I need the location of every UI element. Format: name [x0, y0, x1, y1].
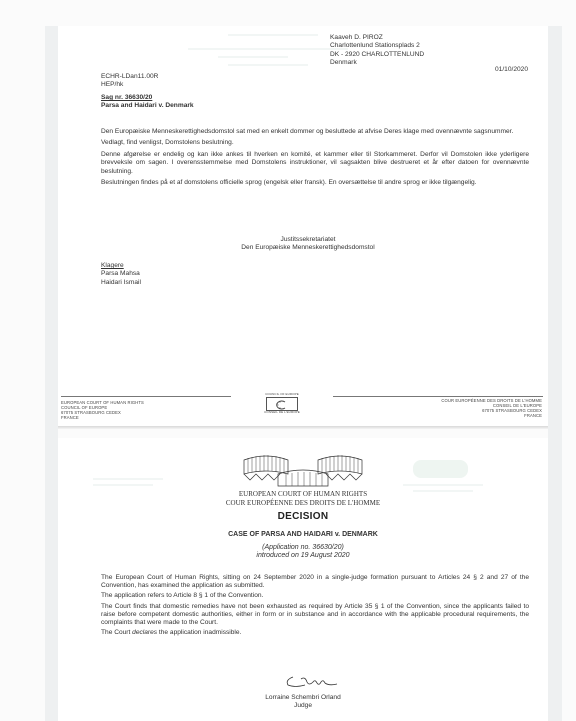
reference-block: ECHR-LDan11.00R HEP/hk: [101, 73, 251, 90]
footer-line: FRANCE: [61, 415, 231, 420]
recipient-name: Kaaveh D. PIROZ: [330, 34, 530, 42]
registry-line1: Justitssekretariatet: [158, 236, 458, 244]
recipient-street: Charlottenlund Stationsplads 2: [330, 42, 530, 50]
right-margin-strip: [548, 26, 562, 721]
bleed-through-mark: [413, 460, 468, 478]
case-header: Sag nr. 36630/20 Parsa and Haidari v. De…: [101, 94, 351, 111]
footer-left-address: EUROPEAN COURT OF HUMAN RIGHTS COUNCIL O…: [61, 400, 231, 420]
declaration-verb: declares: [132, 629, 157, 636]
logo-bottom-text: CONSEIL DE L'EUROPE: [258, 411, 306, 414]
footer-right-address: COUR EUROPÉENNE DES DROITS DE L'HOMME CO…: [348, 398, 542, 418]
judge-block: Lorraine Schembri Orland Judge: [203, 694, 403, 711]
registry-line2: Den Europæiske Menneskerettighedsdomstol: [158, 244, 458, 252]
case-title: Parsa and Haidari v. Denmark: [101, 102, 351, 110]
judge-title: Judge: [203, 702, 403, 710]
applicants-block: Klagere Parsa Mahsa Haidari Ismail: [101, 262, 251, 287]
decision-paragraph: The application refers to Article 8 § 1 …: [101, 592, 529, 600]
recipient-address: Kaaveh D. PIROZ Charlottenlund Stationsp…: [330, 34, 530, 68]
letter-date: 01/10/2020: [438, 66, 528, 74]
page-shadow: [58, 426, 548, 429]
court-name-fr: COUR EUROPÉENNE DES DROITS DE L'HOMME: [153, 499, 453, 507]
letter-body: Den Europæiske Menneskerettighedsdomstol…: [101, 128, 529, 187]
decision-title: DECISION: [153, 513, 453, 521]
judge-name: Lorraine Schembri Orland: [203, 694, 403, 702]
logo-top-text: COUNCIL OF EUROPE: [258, 393, 306, 396]
recipient-city: DK - 2920 CHARLOTTENLUND: [330, 51, 530, 59]
reference-initials: HEP/hk: [101, 81, 251, 89]
letter-paragraph: Denne afgørelse er endelig og kan ikke a…: [101, 151, 529, 176]
reference-code: ECHR-LDan11.00R: [101, 73, 251, 81]
decision-body: The European Court of Human Rights, sitt…: [101, 574, 529, 637]
registry-signature: Justitssekretariatet Den Europæiske Menn…: [158, 236, 458, 253]
court-building-logo-icon: [238, 452, 368, 488]
applicant-name: Haidari Ismail: [101, 279, 251, 287]
decision-page: EUROPEAN COURT OF HUMAN RIGHTS COUR EURO…: [58, 438, 548, 721]
decision-paragraph: The European Court of Human Rights, sitt…: [101, 574, 529, 590]
letter-paragraph: Vedlagt, find venligst, Domstolens beslu…: [101, 139, 529, 147]
letter-paragraph: Den Europæiske Menneskerettighedsdomstol…: [101, 128, 529, 136]
letter-page: Kaaveh D. PIROZ Charlottenlund Stationsp…: [58, 26, 548, 426]
footer-line: FRANCE: [348, 413, 542, 418]
decision-paragraph: The Court finds that domestic remedies h…: [101, 603, 529, 628]
left-margin-strip: [45, 26, 58, 721]
decision-case-title: CASE OF PARSA AND HAIDARI v. DENMARK: [153, 531, 453, 539]
case-number: Sag nr. 36630/20: [101, 94, 351, 102]
logo-frame: [266, 397, 298, 411]
declaration-prefix: The Court: [101, 629, 132, 636]
council-of-europe-logo: COUNCIL OF EUROPE CONSEIL DE L'EUROPE: [258, 393, 306, 415]
declaration-suffix: the application inadmissible.: [157, 629, 241, 636]
applicants-heading: Klagere: [101, 262, 251, 270]
applicant-name: Parsa Mahsa: [101, 270, 251, 278]
introduced-date: introduced on 19 August 2020: [153, 552, 453, 560]
footer-rule-right: [333, 396, 543, 397]
footer-rule-left: [61, 396, 231, 397]
letter-paragraph: Beslutningen findes på et af domstolens …: [101, 179, 529, 187]
decision-declaration: The Court declares the application inadm…: [101, 629, 529, 637]
court-name-en: EUROPEAN COURT OF HUMAN RIGHTS: [153, 490, 453, 498]
judge-signature-icon: [283, 674, 343, 690]
